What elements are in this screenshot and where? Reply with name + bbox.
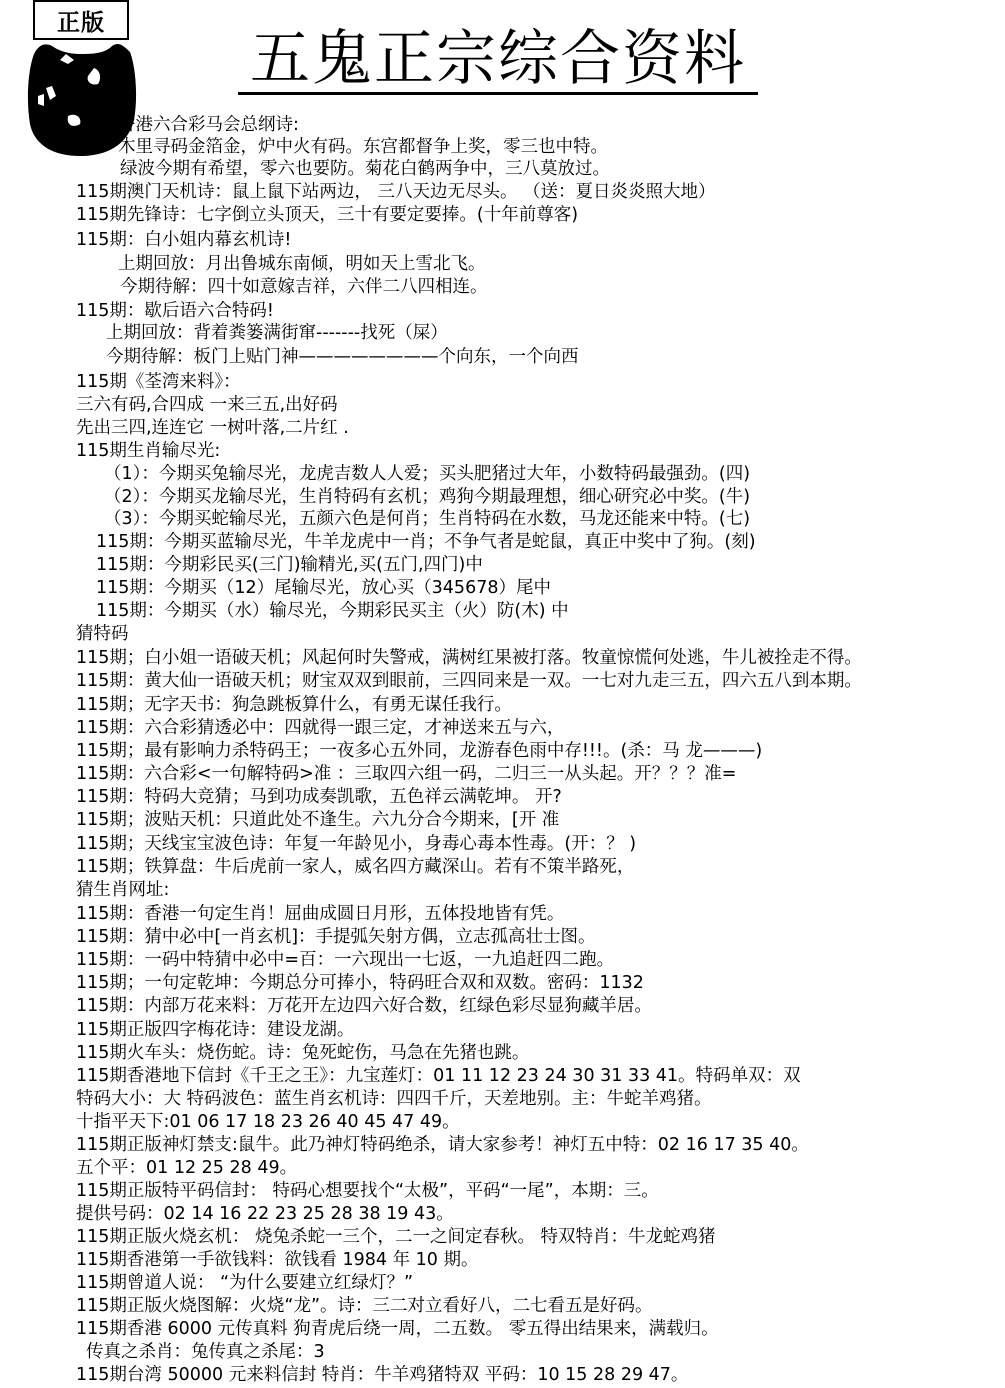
text-line: 传真之杀肖：兔传真之杀尾：3 (86, 1341, 325, 1363)
text-line: 木里寻码金箔金，炉中火有码。东宫都督争上奖，零三也中特。 (118, 136, 608, 158)
text-line: 115期；波贴天机：只道此处不逢生。六九分合今期来，[开 准 (76, 809, 559, 831)
text-line: 115期；天线宝宝波色诗：年复一年龄见小，身毒心毒本性毒。(开：？ ) (76, 833, 636, 855)
text-line: 115期香港第一手欲钱料：欲钱看 1984 年 10 期。 (76, 1249, 478, 1271)
portrait-image (22, 40, 140, 158)
text-line: 115期；白小姐一语破天机；风起何时失警戒，满树红果被打落。牧童惊慌何处逃，牛儿… (76, 647, 862, 669)
text-line: 三六有码,合四成 一来三五,出好码 (76, 394, 338, 416)
text-line: 先出三四,连连它 一树叶落,二片红 . (76, 417, 349, 439)
text-line: 115期正版四字梅花诗：建设龙湖。 (76, 1019, 354, 1041)
text-line: 115期正版特平码信封： 特码心想要找个“太极”，平码“一尾”，本期：三。 (76, 1180, 659, 1202)
text-line: 115期：白小姐内幕玄机诗! (76, 229, 291, 251)
text-line: 115期：今期买蓝输尽光，牛羊龙虎中一肖；不争气者是蛇鼠，真正中奖中了狗。(刻) (96, 531, 756, 553)
text-line: 上期回放：背着粪篓满街窜-------找死（屎） (106, 322, 448, 344)
text-line: 115期《荃湾来料》： (76, 371, 241, 393)
text-line: 115期：今期买（12）尾输尽光，放心买（345678）尾中 (96, 577, 551, 599)
badge-label: 正版 (57, 4, 105, 37)
text-line: 115期：六合彩猜透必中：四就得一跟三定，才神送来五与六， (76, 717, 564, 739)
text-line: 115期香港地下信封《千王之王》：九宝莲灯：01 11 12 23 24 30 … (76, 1065, 801, 1087)
text-line: 绿波今期有希望，零六也要防。菊花白鹤两争中，三八莫放过。 (120, 158, 610, 180)
text-line: 115期澳门天机诗：鼠上鼠下站两边， 三八天边无尽头。 （送：夏日炎炎照大地） (76, 181, 716, 203)
text-line: 115期正版火烧图解：火烧“龙”。诗：三二对立看好八，二七看五是好码。 (76, 1295, 653, 1317)
text-line: （2）：今期买龙输尽光，生肖特码有玄机；鸡狗今期最理想，细心研究必中奖。(牛) (104, 486, 750, 508)
authentic-badge: 正版 (33, 0, 129, 40)
text-line: 115期：今期彩民买(三门)输精光,买(五门,四门)中 (96, 554, 483, 576)
text-line: 十指平天下:01 06 17 18 23 26 40 45 47 49。 (76, 1111, 460, 1133)
text-line: 115期火车头：烧伤蛇。诗：兔死蛇伤，马急在先猪也跳。 (76, 1042, 529, 1064)
text-line: 115期：歇后语六合特码! (76, 300, 274, 322)
text-line: 115期：猜中必中[一肖玄机]：手提弧矢射方偶，立志孤高壮士图。 (76, 926, 596, 948)
text-line: 115期曾道人说： “为什么要建立红绿灯？” (76, 1272, 413, 1294)
text-line: 猜生肖网址: (76, 879, 169, 901)
text-line: 115期先锋诗：七字倒立头顶天，三十有要定要捧。(十年前尊客) (76, 204, 578, 226)
text-line: 115期；铁算盘：牛后虎前一家人，威名四方藏深山。若有不策半路死， (76, 856, 634, 878)
text-line: 今期待解：板门上贴门神————————个向东，一个向西 (106, 346, 579, 368)
text-line: 115期：内部万花来料：万花开左边四六好合数，红绿色彩尽显狗藏羊居。 (76, 995, 652, 1017)
text-line: 115期正版火烧玄机： 烧兔杀蛇一三个，二一之间定春秋。 特双特肖：牛龙蛇鸡猪 (76, 1226, 716, 1248)
page-title: 五鬼正宗综合资料 (238, 26, 758, 95)
text-line: 115期：今期买（水）输尽光，今期彩民买主（火）防(木) 中 (96, 600, 569, 622)
text-line: （1）：今期买兔输尽光，龙虎吉数人人爱；买头肥猪过大年，小数特码最强劲。(四) (104, 463, 750, 485)
text-line: 115期正版神灯禁支:鼠牛。此乃神灯特码绝杀，请大家参考！神灯五中特：02 16… (76, 1134, 809, 1156)
text-line: 115期：黄大仙一语破天机；财宝双双到眼前，三四同来是一双。一七对九走三五，四六… (76, 670, 862, 692)
text-line: （3）：今期买蛇输尽光，五颜六色是何肖；生肖特码在水数，马龙还能来中特。(七) (104, 508, 750, 530)
text-line: 香港六合彩马会总纲诗: (118, 114, 299, 136)
text-line: 今期待解：四十如意嫁吉祥，六伴二八四相连。 (120, 276, 488, 298)
text-line: 猜特码 (76, 623, 129, 645)
text-line: 115期生肖输尽光: (76, 440, 220, 462)
text-line: 115期：一码中特猜中必中=百：一六现出一七返，一九追赶四二跑。 (76, 949, 614, 971)
text-line: 115期；最有影响力杀特码王；一夜多心五外同，龙游春色雨中存!!!。(杀：马 龙… (76, 740, 762, 762)
text-line: 上期回放：月出鲁城东南倾，明如天上雪北飞。 (118, 253, 486, 275)
text-line: 115期：香港一句定生肖！屈曲成圆日月形，五体投地皆有凭。 (76, 903, 564, 925)
text-line: 特码大小：大 特码波色：蓝生肖玄机诗：四四千斤，天差地别。主：牛蛇羊鸡猪。 (76, 1088, 712, 1110)
text-line: 115期；一句定乾坤：今期总分可捧小，特码旺合双和双数。密码：1132 (76, 972, 644, 994)
text-line: 115期香港 6000 元传真料 狗青虎后绕一周，二五数。 零五得出结果来，满载… (76, 1318, 719, 1340)
text-line: 提供号码：02 14 16 22 23 25 28 38 19 43。 (76, 1203, 454, 1225)
text-line: 115期：六合彩<一句解特码>准 ：三取四六组一码，二归三一从头起。开？？？准= (76, 763, 736, 785)
text-line: 115期台湾 50000 元来料信封 特肖：牛羊鸡猪特双 平码：10 15 28… (76, 1364, 688, 1386)
text-line: 五个平：01 12 25 28 49。 (76, 1157, 297, 1179)
text-line: 115期：特码大竞猜；马到功成奏凯歌，五色祥云满乾坤。 开? (76, 786, 562, 808)
text-line: 115期；无字天书：狗急跳板算什么，有勇无谋任我行。 (76, 694, 512, 716)
